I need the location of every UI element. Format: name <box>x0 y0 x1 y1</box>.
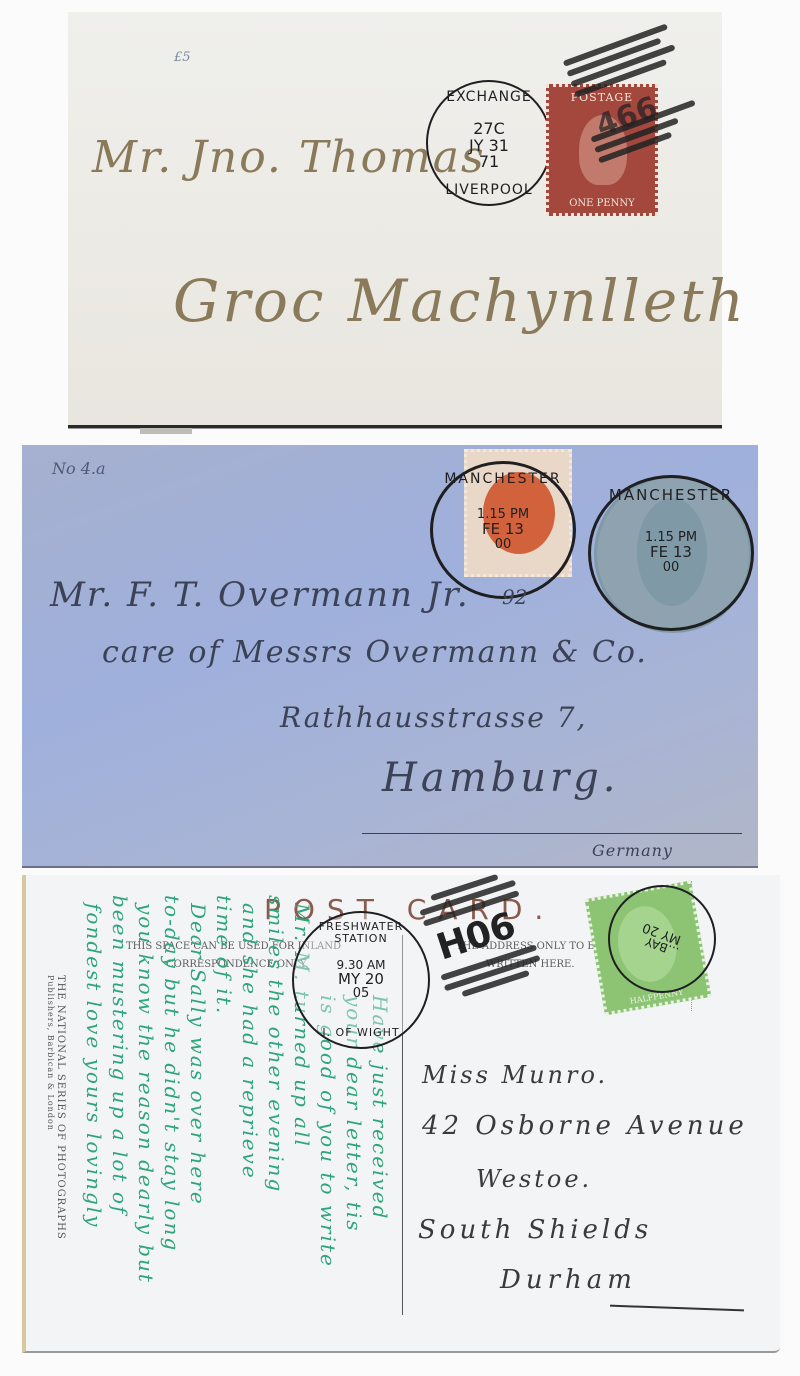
address-line-2: Groc Machynlleth <box>173 267 747 335</box>
postmark-manchester-left: MANCHESTER 1.15 PM FE 13 00 <box>430 461 576 599</box>
postcard-freshwater-1905: POST CARD. THIS SPACE CAN BE USED FOR IN… <box>22 875 780 1353</box>
address-line-4: Hamburg. <box>382 755 619 801</box>
address-line-2: care of Messrs Overmann & Co. <box>102 635 648 670</box>
message-line: been mustering up a lot of <box>108 895 132 1215</box>
underline <box>610 1305 744 1312</box>
address-line-4: South Shields <box>418 1215 652 1245</box>
message-line: time of it. <box>212 895 236 1015</box>
envelope-manchester-hamburg: No 4.a Mr. F. T. Overmann Jr. care of Me… <box>22 445 758 868</box>
message-line: Dear Sally was over here <box>186 903 210 1206</box>
handwritten-jr: 92 <box>502 585 527 609</box>
message-line: fondest love yours lovingly <box>82 903 106 1228</box>
envelope-flap-edge <box>140 428 192 434</box>
postmark-stamp: MY 20 ...BAY <box>608 885 716 993</box>
message-line: you know the reason dearly but <box>134 903 158 1284</box>
message-line: and she had a reprieve <box>238 903 262 1180</box>
address-line-3: Rathhausstrasse 7, <box>280 701 587 734</box>
address-line-5: Germany <box>592 841 673 860</box>
message-line: smiles the other evening <box>264 895 288 1193</box>
address-line-1: Miss Munro. <box>422 1061 608 1089</box>
address-line-5: Durham <box>500 1265 637 1295</box>
address-line-2: 42 Osborne Avenue <box>422 1111 748 1141</box>
postmark-liverpool: EXCHANGE 27C JY 31 71 LIVERPOOL <box>426 80 552 206</box>
address-line-3: Westoe. <box>476 1165 592 1193</box>
pencil-note: £5 <box>174 50 191 65</box>
postmark-manchester-right: MANCHESTER 1.15 PM FE 13 00 <box>588 475 754 631</box>
side-imprint: THE NATIONAL SERIES OF PHOTOGRAPHS Publi… <box>46 975 66 1275</box>
envelope-liverpool-1871: £5 Mr. Jno. Thomas Groc Machynlleth EXCH… <box>68 12 722 428</box>
underline <box>362 833 742 834</box>
address-line-1: Mr. F. T. Overmann Jr. <box>50 575 470 615</box>
duplex-cancel: H06 <box>414 864 545 1006</box>
postmark-freshwater: FRESHWATER STATION 9.30 AM MY 20 05 I. O… <box>292 911 430 1049</box>
pencil-note: No 4.a <box>52 459 106 478</box>
message-line: to-day but he didn't stay long <box>160 895 184 1252</box>
